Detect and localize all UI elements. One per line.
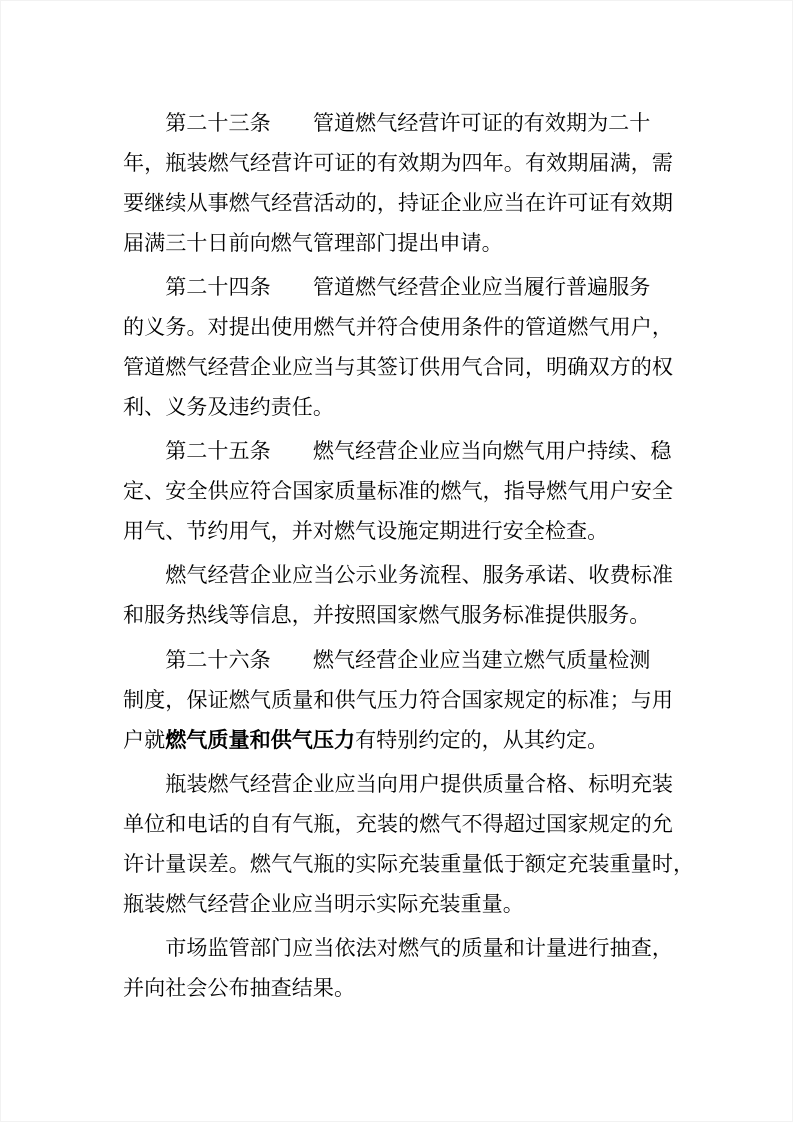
paragraph-line: 用气、节约用气，并对燃气设施定期进行安全检查。 <box>123 511 673 551</box>
article-number: 第二十三条 <box>165 110 270 135</box>
line-text: 燃气经营企业应当向燃气用户持续、稳 <box>313 438 672 463</box>
paragraph-line: 利、义务及违约责任。 <box>123 387 673 427</box>
paragraph-line: 届满三十日前向燃气管理部门提出申请。 <box>123 223 673 263</box>
paragraph-line: 瓶装燃气经营企业应当明示实际充装重量。 <box>123 884 673 924</box>
paragraph-line: 单位和电话的自有气瓶，充装的燃气不得超过国家规定的允 <box>123 804 673 844</box>
article-26-paragraph-3: 市场监管部门应当依法对燃气的质量和计量进行抽查， 并向社会公布抽查结果。 <box>123 928 673 1008</box>
paragraph-line: 年，瓶装燃气经营许可证的有效期为四年。有效期届满，需 <box>123 143 673 183</box>
bold-emphasis-text: 燃气质量和供气压力 <box>165 727 355 752</box>
article-25-paragraph: 第二十五条燃气经营企业应当向燃气用户持续、稳 定、安全供应符合国家质量标准的燃气… <box>123 431 673 551</box>
document-body: 第二十三条管道燃气经营许可证的有效期为二十 年，瓶装燃气经营许可证的有效期为四年… <box>123 103 673 1013</box>
article-24-paragraph: 第二十四条管道燃气经营企业应当履行普遍服务 的义务。对提出使用燃气并符合使用条件… <box>123 267 673 427</box>
article-25-paragraph-2: 燃气经营企业应当公示业务流程、服务承诺、收费标准 和服务热线等信息，并按照国家燃… <box>123 555 673 635</box>
paragraph-line: 第二十六条燃气经营企业应当建立燃气质量检测 <box>123 640 673 680</box>
line-text: 管道燃气经营许可证的有效期为二十 <box>313 110 651 135</box>
paragraph-line: 定、安全供应符合国家质量标准的燃气，指导燃气用户安全 <box>123 471 673 511</box>
paragraph-line: 要继续从事燃气经营活动的，持证企业应当在许可证有效期 <box>123 183 673 223</box>
paragraph-line: 第二十五条燃气经营企业应当向燃气用户持续、稳 <box>123 431 673 471</box>
paragraph-line: 管道燃气经营企业应当与其签订供用气合同，明确双方的权 <box>123 347 673 387</box>
paragraph-line: 许计量误差。燃气气瓶的实际充装重量低于额定充装重量时， <box>123 844 694 884</box>
line-text: 户就 <box>123 727 165 752</box>
line-text: 管道燃气经营企业应当履行普遍服务 <box>313 274 651 299</box>
paragraph-line: 市场监管部门应当依法对燃气的质量和计量进行抽查， <box>123 928 673 968</box>
paragraph-line: 并向社会公布抽查结果。 <box>123 968 673 1008</box>
paragraph-line: 制度，保证燃气质量和供气压力符合国家规定的标准；与用 <box>123 680 673 720</box>
line-text: 有特别约定的，从其约定。 <box>355 727 608 752</box>
article-26-paragraph: 第二十六条燃气经营企业应当建立燃气质量检测 制度，保证燃气质量和供气压力符合国家… <box>123 640 673 760</box>
paragraph-line: 和服务热线等信息，并按照国家燃气服务标准提供服务。 <box>123 595 673 635</box>
paragraph-line: 第二十四条管道燃气经营企业应当履行普遍服务 <box>123 267 673 307</box>
paragraph-line: 的义务。对提出使用燃气并符合使用条件的管道燃气用户， <box>123 307 673 347</box>
paragraph-line: 第二十三条管道燃气经营许可证的有效期为二十 <box>123 103 673 143</box>
article-number: 第二十五条 <box>165 438 270 463</box>
article-number: 第二十四条 <box>165 274 270 299</box>
paragraph-line: 户就燃气质量和供气压力有特别约定的，从其约定。 <box>123 720 673 760</box>
article-26-paragraph-2: 瓶装燃气经营企业应当向用户提供质量合格、标明充装 单位和电话的自有气瓶，充装的燃… <box>123 764 673 924</box>
document-page: 第二十三条管道燃气经营许可证的有效期为二十 年，瓶装燃气经营许可证的有效期为四年… <box>0 0 793 1122</box>
paragraph-line: 瓶装燃气经营企业应当向用户提供质量合格、标明充装 <box>123 764 673 804</box>
article-23-paragraph: 第二十三条管道燃气经营许可证的有效期为二十 年，瓶装燃气经营许可证的有效期为四年… <box>123 103 673 263</box>
article-number: 第二十六条 <box>165 647 270 672</box>
line-text: 燃气经营企业应当建立燃气质量检测 <box>313 647 651 672</box>
paragraph-line: 燃气经营企业应当公示业务流程、服务承诺、收费标准 <box>123 555 673 595</box>
